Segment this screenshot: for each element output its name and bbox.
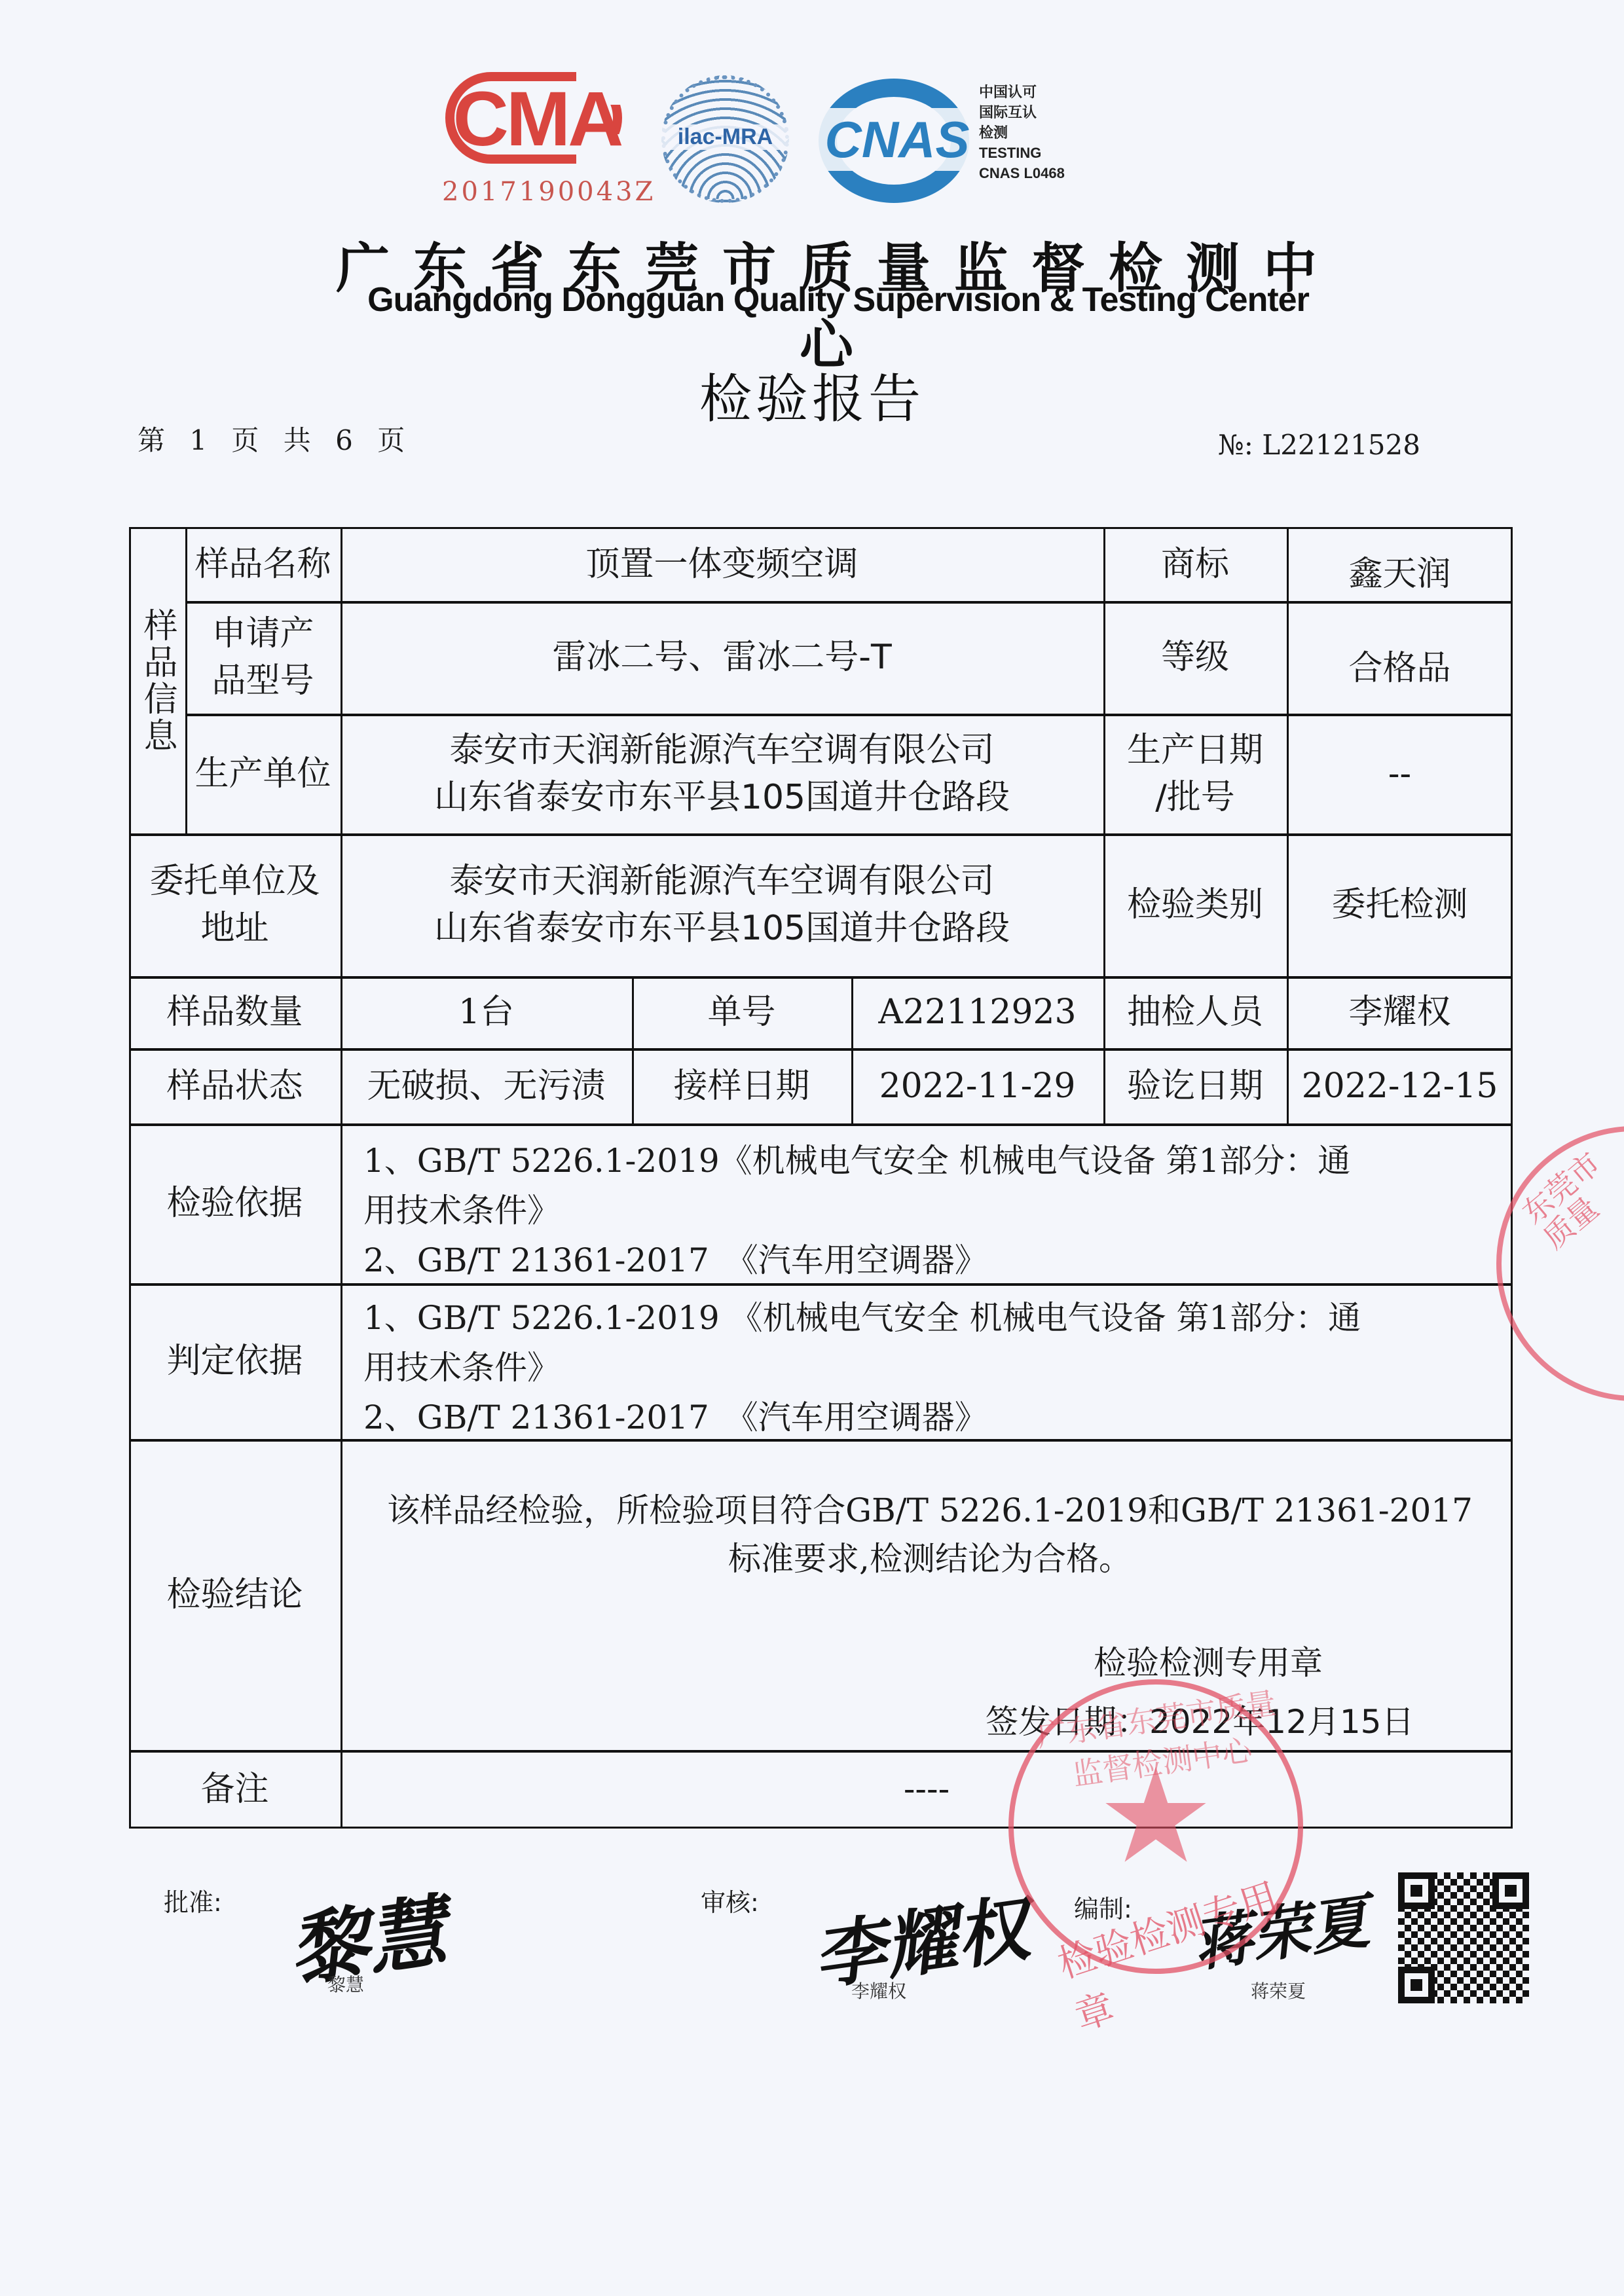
cma-logo: CMA	[452, 73, 622, 165]
inspection-type-value: 委托检测	[1287, 833, 1513, 976]
qr-code[interactable]	[1398, 1872, 1529, 2003]
conclusion-label: 检验结论	[129, 1439, 341, 1750]
remarks-value: ----	[341, 1750, 1513, 1829]
inspection-type-label: 检验类别	[1103, 833, 1287, 976]
qr-finder	[1398, 1872, 1435, 1909]
judge-basis-item: 用技术条件》	[363, 1343, 1503, 1393]
sample-info-group-label: 样品信息	[129, 527, 185, 835]
test-basis-item: 2、GB/T 21361-2017 《汽车用空调器》	[363, 1235, 1503, 1285]
judge-basis-list: 1、GB/T 5226.1-2019 《机械电气安全 机械电气设备 第1部分：通…	[363, 1293, 1503, 1442]
review-name: 李耀权	[851, 1977, 906, 2003]
client-label: 委托单位及 地址	[129, 833, 341, 976]
judge-basis-label: 判定依据	[129, 1283, 341, 1439]
production-date-label: 生产日期 /批号	[1103, 714, 1287, 833]
test-basis-list: 1、GB/T 5226.1-2019《机械电气安全 机械电气设备 第1部分：通 …	[363, 1136, 1503, 1285]
complete-date-label: 验讫日期	[1103, 1048, 1287, 1123]
remarks-label: 备注	[129, 1750, 341, 1829]
review-label: 审核:	[701, 1882, 759, 1918]
client-value: 泰安市天润新能源汽车空调有限公司 山东省泰安市东平县105国道井仓路段	[341, 833, 1103, 976]
complete-date-value: 2022-12-15	[1287, 1048, 1513, 1123]
test-basis-label: 检验依据	[129, 1123, 341, 1283]
report-number: №: L22121528	[1218, 429, 1420, 461]
conclusion-text: 该样品经检验，所检验项目符合GB/T 5226.1-2019和GB/T 2136…	[347, 1486, 1513, 1583]
cnas-side-text: 中国认可 国际互认 检测 TESTING CNAS L0468	[979, 82, 1065, 183]
seal-label: 检验检测专用章	[1094, 1637, 1323, 1684]
page-indicator: 第 1 页 共 6 页	[138, 419, 413, 458]
receive-date-value: 2022-11-29	[851, 1048, 1103, 1123]
sample-name-value: 顶置一体变频空调	[341, 527, 1103, 601]
model-value: 雷冰二号、雷冰二号-T	[341, 601, 1103, 714]
approve-label: 批准:	[164, 1882, 222, 1918]
test-basis-item: 1、GB/T 5226.1-2019《机械电气安全 机械电气设备 第1部分：通	[363, 1136, 1503, 1186]
model-label: 申请产 品型号	[185, 601, 341, 714]
sampler-value: 李耀权	[1287, 976, 1513, 1048]
cnas-logo: CNAS	[815, 108, 979, 171]
manufacturer-label: 生产单位	[185, 714, 341, 833]
approve-signature: 黎慧	[281, 1868, 452, 2002]
test-basis-item: 用技术条件》	[363, 1186, 1503, 1235]
approve-name: 黎慧	[327, 1971, 364, 1997]
sample-name-label: 样品名称	[185, 527, 341, 601]
quantity-label: 样品数量	[129, 976, 341, 1048]
judge-basis-item: 2、GB/T 21361-2017 《汽车用空调器》	[363, 1393, 1503, 1442]
trademark-label: 商标	[1103, 527, 1287, 601]
quantity-value: 1台	[341, 976, 632, 1048]
cma-number: 2017190043Z	[442, 177, 632, 207]
judge-basis-item: 1、GB/T 5226.1-2019 《机械电气安全 机械电气设备 第1部分：通	[363, 1293, 1503, 1343]
order-no-label: 单号	[632, 976, 851, 1048]
manufacturer-value: 泰安市天润新能源汽车空调有限公司 山东省泰安市东平县105国道井仓路段	[341, 714, 1103, 833]
grade-value: 合格品	[1287, 612, 1513, 725]
qr-finder	[1398, 1967, 1435, 2003]
trademark-value: 鑫天润	[1287, 537, 1513, 611]
production-date-value: --	[1287, 714, 1513, 833]
grade-label: 等级	[1103, 601, 1287, 714]
condition-value: 无破损、无污渍	[341, 1048, 632, 1123]
ilac-mra-text: ilac-MRA	[661, 124, 789, 150]
order-no-value: A22112923	[851, 976, 1103, 1048]
qr-finder	[1492, 1872, 1529, 1909]
receive-date-label: 接样日期	[632, 1048, 851, 1123]
review-signature: 李耀权	[806, 1871, 1035, 2003]
condition-label: 样品状态	[129, 1048, 341, 1123]
org-name-en: Guangdong Dongguan Quality Supervision &…	[327, 280, 1349, 319]
sampler-label: 抽检人员	[1103, 976, 1287, 1048]
